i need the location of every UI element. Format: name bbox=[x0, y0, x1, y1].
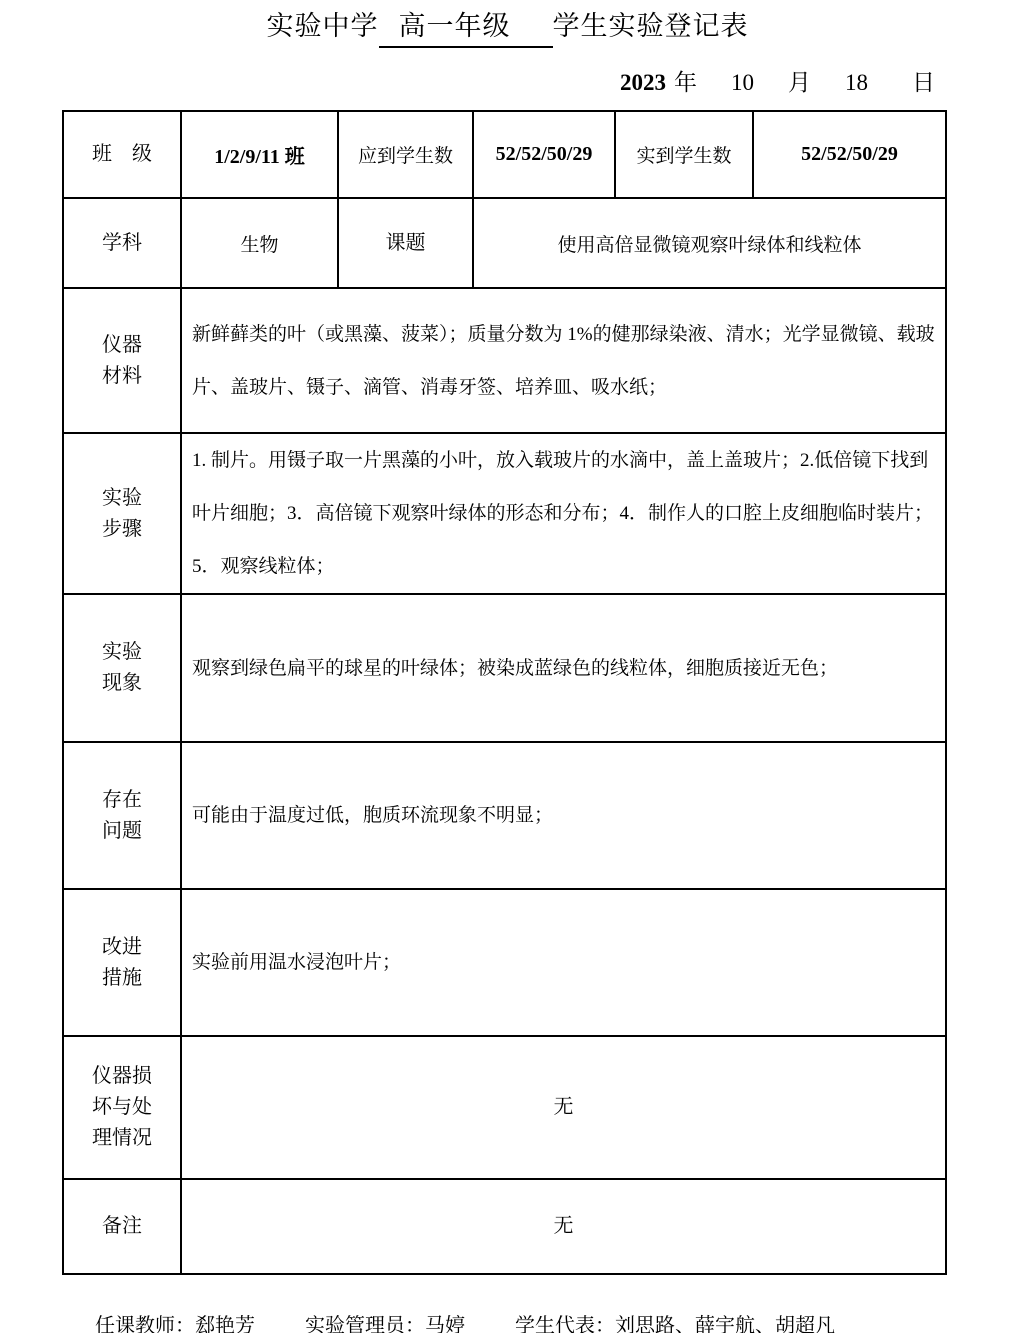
phenomena-content-cell: 观察到绿色扁平的球星的叶绿体；被染成蓝绿色的线粒体，细胞质接近无色； bbox=[181, 594, 946, 742]
page-title: 实验中学高一年级学生实验登记表 bbox=[0, 0, 1015, 48]
lab-manager-label: 实验管理员： bbox=[305, 1315, 425, 1333]
table-row-improvements: 改进 措施 实验前用温水浸泡叶片； bbox=[63, 889, 946, 1036]
remarks-label-cell: 备注 bbox=[63, 1179, 181, 1274]
title-school: 实验中学 bbox=[267, 11, 379, 41]
document-page: 实验中学高一年级学生实验登记表 2023年10月18日 班 级 1/2/9/11… bbox=[0, 0, 1015, 1333]
class-value-cell: 1/2/9/11 班 bbox=[181, 111, 338, 198]
improvements-label-cell: 改进 措施 bbox=[63, 889, 181, 1036]
remarks-content-cell: 无 bbox=[181, 1179, 946, 1274]
materials-label-cell: 仪器 材料 bbox=[63, 288, 181, 433]
problems-label-cell: 存在 问题 bbox=[63, 742, 181, 889]
steps-content-cell: 1. 制片。用镊子取一片黑藻的小叶，放入载玻片的水滴中，盖上盖玻片；2.低倍镜下… bbox=[181, 433, 946, 594]
equipment-damage-label-cell: 仪器损 坏与处 理情况 bbox=[63, 1036, 181, 1179]
title-suffix: 学生实验登记表 bbox=[553, 11, 749, 41]
date-month-value: 10 bbox=[731, 70, 754, 95]
table-row-remarks: 备注 无 bbox=[63, 1179, 946, 1274]
materials-content-cell: 新鲜藓类的叶（或黑藻、菠菜）；质量分数为 1%的健那绿染液、清水；光学显微镜、载… bbox=[181, 288, 946, 433]
student-reps-names: 刘思路、薛宇航、胡超凡 bbox=[615, 1315, 835, 1333]
teacher-label: 任课教师： bbox=[95, 1315, 195, 1333]
improvements-content-cell: 实验前用温水浸泡叶片； bbox=[181, 889, 946, 1036]
table-row-equipment-damage: 仪器损 坏与处 理情况 无 bbox=[63, 1036, 946, 1179]
table-row-problems: 存在 问题 可能由于温度过低，胞质环流现象不明显； bbox=[63, 742, 946, 889]
equipment-damage-content-cell: 无 bbox=[181, 1036, 946, 1179]
table-row-steps: 实验 步骤 1. 制片。用镊子取一片黑藻的小叶，放入载玻片的水滴中，盖上盖玻片；… bbox=[63, 433, 946, 594]
lab-manager-signature: 实验管理员：马婷 bbox=[305, 1309, 465, 1333]
title-grade-underlined: 高一年级 bbox=[379, 4, 553, 48]
class-label-cell: 班 级 bbox=[63, 111, 181, 198]
experiment-form-table: 班 级 1/2/9/11 班 应到学生数 52/52/50/29 实到学生数 5… bbox=[62, 110, 947, 1275]
phenomena-label-cell: 实验 现象 bbox=[63, 594, 181, 742]
date-line: 2023年10月18日 bbox=[0, 64, 1015, 97]
table-row-phenomena: 实验 现象 观察到绿色扁平的球星的叶绿体；被染成蓝绿色的线粒体，细胞质接近无色； bbox=[63, 594, 946, 742]
table-row-class: 班 级 1/2/9/11 班 应到学生数 52/52/50/29 实到学生数 5… bbox=[63, 111, 946, 198]
date-month-label: 月 bbox=[788, 70, 811, 95]
date-year-label: 年 bbox=[674, 70, 697, 95]
table-row-materials: 仪器 材料 新鲜藓类的叶（或黑藻、菠菜）；质量分数为 1%的健那绿染液、清水；光… bbox=[63, 288, 946, 433]
teacher-name: 郄艳芳 bbox=[195, 1315, 255, 1333]
expected-students-value-cell: 52/52/50/29 bbox=[473, 111, 615, 198]
expected-students-label-cell: 应到学生数 bbox=[338, 111, 473, 198]
date-day-value: 18 bbox=[845, 70, 868, 95]
steps-label-cell: 实验 步骤 bbox=[63, 433, 181, 594]
student-reps-signature: 学生代表：刘思路、薛宇航、胡超凡 bbox=[515, 1309, 835, 1333]
problems-content-cell: 可能由于温度过低，胞质环流现象不明显； bbox=[181, 742, 946, 889]
signature-line: 任课教师：郄艳芳 实验管理员：马婷 学生代表：刘思路、薛宇航、胡超凡 bbox=[95, 1309, 1015, 1333]
topic-value-cell: 使用高倍显微镜观察叶绿体和线粒体 bbox=[473, 198, 946, 288]
topic-label-cell: 课题 bbox=[338, 198, 473, 288]
date-day-label: 日 bbox=[912, 70, 935, 95]
lab-manager-name: 马婷 bbox=[425, 1315, 465, 1333]
actual-students-value-cell: 52/52/50/29 bbox=[753, 111, 946, 198]
table-row-subject: 学科 生物 课题 使用高倍显微镜观察叶绿体和线粒体 bbox=[63, 198, 946, 288]
date-year-value: 2023 bbox=[620, 70, 666, 95]
student-reps-label: 学生代表： bbox=[515, 1315, 615, 1333]
subject-value-cell: 生物 bbox=[181, 198, 338, 288]
actual-students-label-cell: 实到学生数 bbox=[615, 111, 753, 198]
subject-label-cell: 学科 bbox=[63, 198, 181, 288]
teacher-signature: 任课教师：郄艳芳 bbox=[95, 1309, 255, 1333]
